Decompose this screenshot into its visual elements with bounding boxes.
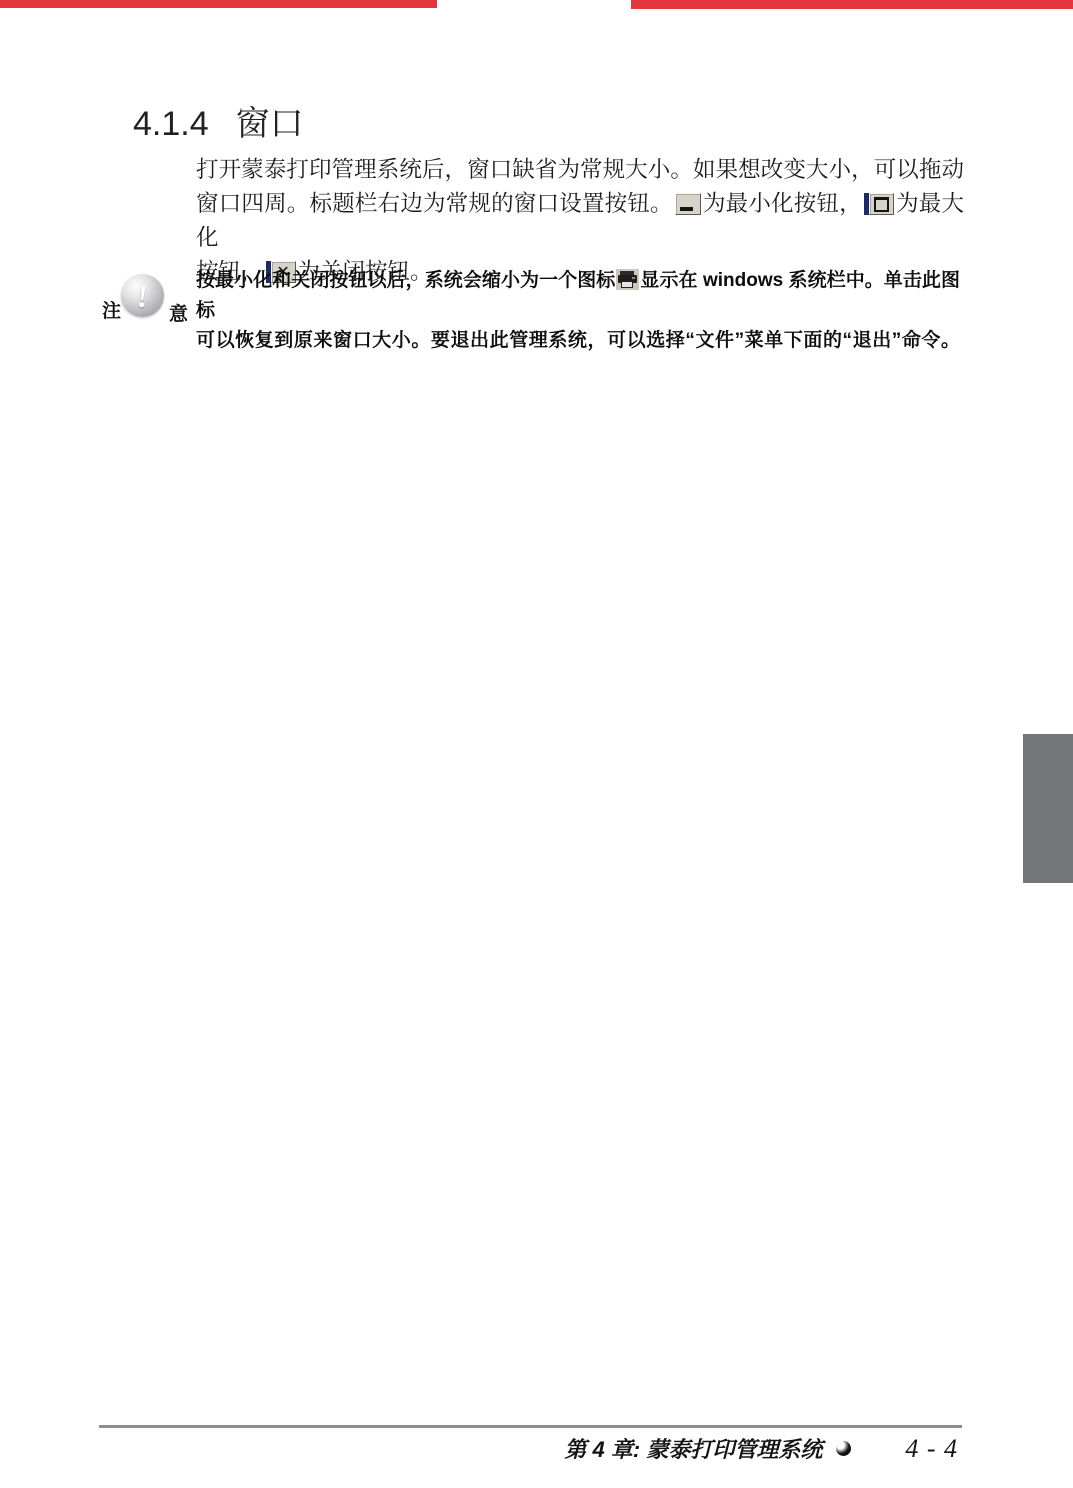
section-title: 窗口 bbox=[236, 104, 304, 144]
note-badge-right-char: 意 bbox=[169, 299, 188, 326]
footer-chapter-title: 第 4 章: 蒙泰打印管理系统 bbox=[564, 1433, 822, 1464]
footer: 第 4 章: 蒙泰打印管理系统 4 - 4 bbox=[99, 1433, 962, 1464]
paragraph-line-2: 窗口四周。标题栏右边为常规的窗口设置按钮。为最小化按钮，为最大化 bbox=[196, 187, 964, 255]
note-text-segment: 可以恢复到原来窗口大小。要退出此管理系统，可以选择“文件”菜单下面的“退出”命令… bbox=[196, 330, 960, 351]
maximize-button-icon bbox=[864, 193, 894, 215]
exclamation-ball-icon: ! bbox=[121, 274, 164, 317]
minimize-glyph bbox=[680, 207, 693, 211]
note-text: 按最小化和关闭按钮以后，系统会缩小为一个图标显示在 windows 系统栏中。单… bbox=[196, 266, 960, 356]
exclamation-mark: ! bbox=[119, 273, 166, 320]
footer-page-number: 4 - 4 bbox=[905, 1434, 958, 1464]
note-line-1: 按最小化和关闭按钮以后，系统会缩小为一个图标显示在 windows 系统栏中。单… bbox=[196, 266, 960, 326]
page-top-edge-right bbox=[631, 0, 1073, 9]
paragraph-line-1: 打开蒙泰打印管理系统后，窗口缺省为常规大小。如果想改变大小，可以拖动 bbox=[196, 153, 964, 187]
minimize-button-face bbox=[675, 193, 701, 215]
sphere-bullet-icon bbox=[836, 1441, 851, 1456]
page-top-edge-left bbox=[0, 0, 437, 8]
note-line-2: 可以恢复到原来窗口大小。要退出此管理系统，可以选择“文件”菜单下面的“退出”命令… bbox=[196, 326, 960, 356]
minimize-button-icon bbox=[675, 193, 701, 215]
note-badge: 注 ! 意 bbox=[98, 272, 193, 324]
paragraph-text: 窗口四周。标题栏右边为常规的窗口设置按钮。 bbox=[196, 191, 673, 216]
section-number: 4.1.4 bbox=[133, 104, 209, 144]
printer-icon bbox=[616, 269, 639, 290]
section-heading: 4.1.4 窗口 bbox=[133, 104, 304, 144]
chapter-side-tab bbox=[1023, 734, 1073, 883]
footer-rule bbox=[99, 1425, 962, 1428]
paragraph-text: 打开蒙泰打印管理系统后，窗口缺省为常规大小。如果想改变大小，可以拖动 bbox=[196, 157, 964, 182]
maximize-button-face bbox=[869, 193, 894, 215]
paragraph-text: 为最小化按钮， bbox=[703, 191, 862, 216]
note-text-segment: 按最小化和关闭按钮以后，系统会缩小为一个图标 bbox=[196, 270, 615, 291]
maximize-glyph bbox=[874, 197, 889, 212]
note-badge-left-char: 注 bbox=[102, 296, 121, 323]
